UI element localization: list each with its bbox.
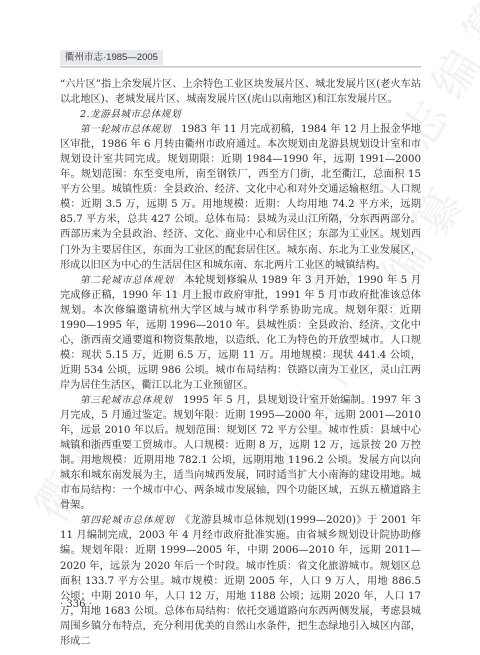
paragraph-round-4: 第四轮城市总体规划 《龙游县城市总体规划(1999—2020)》于 2001 年… xyxy=(60,513,421,648)
paragraph-lead: 第二轮城市总体规划 xyxy=(80,275,174,286)
running-title: 衢州市志·1985—2005 xyxy=(60,50,163,65)
paragraph-lead: 第一轮城市总体规划 xyxy=(80,124,171,135)
running-header: 衢州市志·1985—2005 xyxy=(60,50,421,67)
section-heading: 2.龙游县城市总体规划 xyxy=(80,109,181,120)
paragraph-text: 1995 年 5 月，县规划设计室开始编制。1997 年 3 月完成，5 月通过… xyxy=(60,395,421,511)
paragraph-six-districts: “六片区”指上余发展片区、上余特色工业区块发展片区、城北发展片区(老火车站以北地… xyxy=(60,77,421,107)
paragraph-lead: 第三轮城市总体规划 xyxy=(80,395,173,406)
page-number: · 336 · xyxy=(60,599,92,610)
paragraph-round-3: 第三轮城市总体规划 1995 年 5 月，县规划设计室开始编制。1997 年 3… xyxy=(60,393,421,513)
section-heading-longyou: 2.龙游县城市总体规划 xyxy=(60,107,421,122)
paragraph-lead: 第四轮城市总体规划 xyxy=(80,515,175,526)
paragraph-round-2: 第二轮城市总体规划 本轮规划修编从 1989 年 3 月开始，1990 年 5 … xyxy=(60,273,421,393)
paragraph-text: 1983 年 11 月完成初稿，1984 年 12 月上报金华地区审批，1986… xyxy=(60,124,421,270)
paragraph-text: “六片区”指上余发展片区、上余特色工业区块发展片区、城北发展片区(老火车站以北地… xyxy=(60,79,421,105)
paragraph-text: 本轮规划修编从 1989 年 3 月开始，1990 年 5 月完成修正稿，199… xyxy=(60,275,421,391)
page-body: “六片区”指上余发展片区、上余特色工业区块发展片区、城北发展片区(老火车站以北地… xyxy=(60,77,421,649)
paragraph-text: 《龙游县城市总体规划(1999—2020)》于 2001 年 11 月编制完成，… xyxy=(60,515,421,646)
paragraph-round-1: 第一轮城市总体规划 1983 年 11 月完成初稿，1984 年 12 月上报金… xyxy=(60,122,421,272)
